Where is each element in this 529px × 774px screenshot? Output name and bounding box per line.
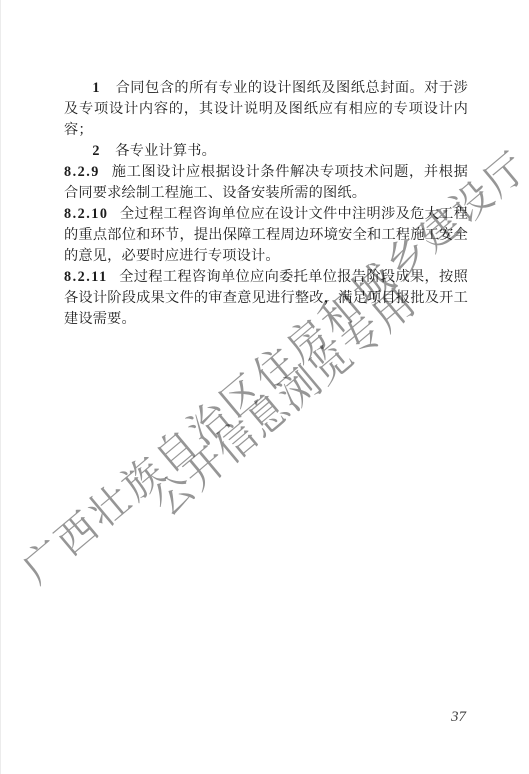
page-number: 37 bbox=[451, 709, 466, 726]
clause-8-2-11-number: 8.2.11 bbox=[64, 269, 108, 285]
clause-8-2-11-text: 全过程工程咨询单位应向委托单位报告阶段成果，按照各设计阶段成果文件的审查意见进行… bbox=[64, 269, 468, 327]
clause-8-2-11: 8.2.11全过程工程咨询单位应向委托单位报告阶段成果，按照各设计阶段成果文件的… bbox=[64, 267, 468, 330]
clause-8-2-9-number: 8.2.9 bbox=[64, 164, 100, 180]
list-item-2-text: 各专业计算书。 bbox=[115, 143, 216, 159]
document-page: 1合同包含的所有专业的设计图纸及图纸总封面。对于涉及专项设计内容的，其设计说明及… bbox=[0, 0, 529, 774]
clause-8-2-9: 8.2.9施工图设计应根据设计条件解决专项技术问题，并根据合同要求绘制工程施工、… bbox=[64, 162, 468, 204]
clause-8-2-10-number: 8.2.10 bbox=[64, 206, 108, 222]
list-item-1: 1合同包含的所有专业的设计图纸及图纸总封面。对于涉及专项设计内容的，其设计说明及… bbox=[64, 78, 468, 141]
document-body: 1合同包含的所有专业的设计图纸及图纸总封面。对于涉及专项设计内容的，其设计说明及… bbox=[64, 78, 468, 330]
clause-8-2-10-text: 全过程工程咨询单位应在设计文件中注明涉及危大工程的重点部位和环节，提出保障工程周… bbox=[64, 206, 468, 264]
clause-8-2-10: 8.2.10全过程工程咨询单位应在设计文件中注明涉及危大工程的重点部位和环节，提… bbox=[64, 204, 468, 267]
list-item-2-number: 2 bbox=[92, 143, 99, 159]
list-item-1-number: 1 bbox=[92, 80, 99, 96]
list-item-1-text: 合同包含的所有专业的设计图纸及图纸总封面。对于涉及专项设计内容的，其设计说明及图… bbox=[64, 80, 468, 138]
clause-8-2-9-text: 施工图设计应根据设计条件解决专项技术问题，并根据合同要求绘制工程施工、设备安装所… bbox=[64, 164, 468, 201]
list-item-2: 2各专业计算书。 bbox=[64, 141, 468, 162]
